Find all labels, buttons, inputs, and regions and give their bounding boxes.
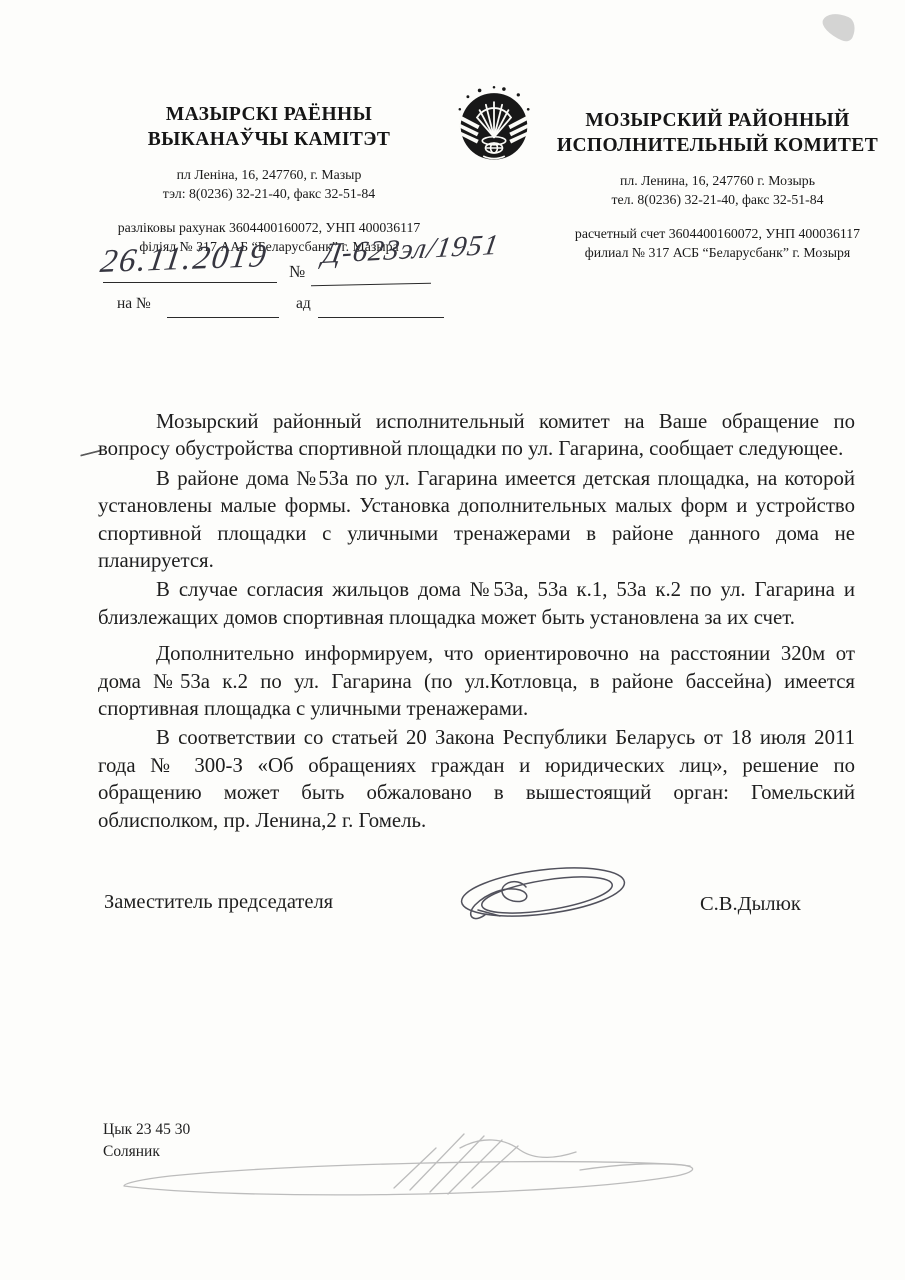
letter-body: Мозырский районный исполнительный комите… xyxy=(98,408,855,834)
signer-name: С.В.Дылюк xyxy=(700,893,801,916)
incoming-number-blank xyxy=(167,317,279,318)
scan-smudge-mark xyxy=(819,8,860,44)
handwritten-signature-icon xyxy=(448,864,630,928)
org-title-russian: МОЗЫРСКИЙ РАЙОННЫЙ ИСПОЛНИТЕЛЬНЫЙ КОМИТЕ… xyxy=(545,108,890,158)
body-paragraph-3: В случае согласия жильцов дома №53а, 53а… xyxy=(98,576,855,631)
letterhead-russian: МОЗЫРСКИЙ РАЙОННЫЙ ИСПОЛНИТЕЛЬНЫЙ КОМИТЕ… xyxy=(545,108,890,262)
org-address-be-line2: тэл: 8(0236) 32-21-40, факс 32-51-84 xyxy=(95,184,443,203)
scanned-letter-page: МАЗЫРСКІ РАЁННЫ ВЫКАНАЎЧЫ КАМІТЭТ пл Лен… xyxy=(0,0,905,1280)
executor-handwritten-signature-icon xyxy=(110,1128,720,1208)
org-title-belarusian: МАЗЫРСКІ РАЁННЫ ВЫКАНАЎЧЫ КАМІТЭТ xyxy=(95,102,443,152)
org-address-ru-line1: пл. Ленина, 16, 247760 г. Мозырь xyxy=(545,171,890,190)
date-underline xyxy=(103,282,277,283)
body-paragraph-4: Дополнительно информируем, что ориентиро… xyxy=(98,640,855,722)
org-address-russian: пл. Ленина, 16, 247760 г. Мозырь тел. 8(… xyxy=(545,171,890,209)
handwritten-date: 26.11.2019 xyxy=(98,238,270,281)
org-title-ru-line1: МОЗЫРСКИЙ РАЙОННЫЙ xyxy=(545,108,890,133)
letterhead-belarusian: МАЗЫРСКІ РАЁННЫ ВЫКАНАЎЧЫ КАМІТЭТ пл Лен… xyxy=(95,102,443,256)
number-sign-label: № xyxy=(289,262,305,282)
org-title-ru-line2: ИСПОЛНИТЕЛЬНЫЙ КОМИТЕТ xyxy=(545,133,890,158)
from-date-label: ад xyxy=(296,295,311,313)
org-address-be-line1: пл Леніна, 16, 247760, г. Мазыр xyxy=(95,165,443,184)
belarus-coat-of-arms-icon xyxy=(449,84,539,176)
org-title-be-line2: ВЫКАНАЎЧЫ КАМІТЭТ xyxy=(95,127,443,152)
body-paragraph-2: В районе дома №53а по ул. Гагарина имеет… xyxy=(98,465,855,575)
org-address-ru-line2: тел. 8(0236) 32-21-40, факс 32-51-84 xyxy=(545,190,890,209)
from-date-blank xyxy=(318,317,444,318)
org-bank-ru-line1: расчетный счет 3604400160072, УНП 400036… xyxy=(545,224,890,243)
number-underline xyxy=(311,283,431,287)
body-paragraph-5: В соответствии со статьей 20 Закона Респ… xyxy=(98,724,855,834)
org-bank-ru-line2: филиал № 317 АСБ “Беларусбанк” г. Мозыря xyxy=(545,243,890,262)
org-address-belarusian: пл Леніна, 16, 247760, г. Мазыр тэл: 8(0… xyxy=(95,165,443,203)
body-paragraph-1: Мозырский районный исполнительный комите… xyxy=(98,408,855,463)
incoming-number-label: на № xyxy=(117,295,151,313)
org-bank-russian: расчетный счет 3604400160072, УНП 400036… xyxy=(545,224,890,262)
signer-position-title: Заместитель председателя xyxy=(104,891,333,914)
org-title-be-line1: МАЗЫРСКІ РАЁННЫ xyxy=(95,102,443,127)
